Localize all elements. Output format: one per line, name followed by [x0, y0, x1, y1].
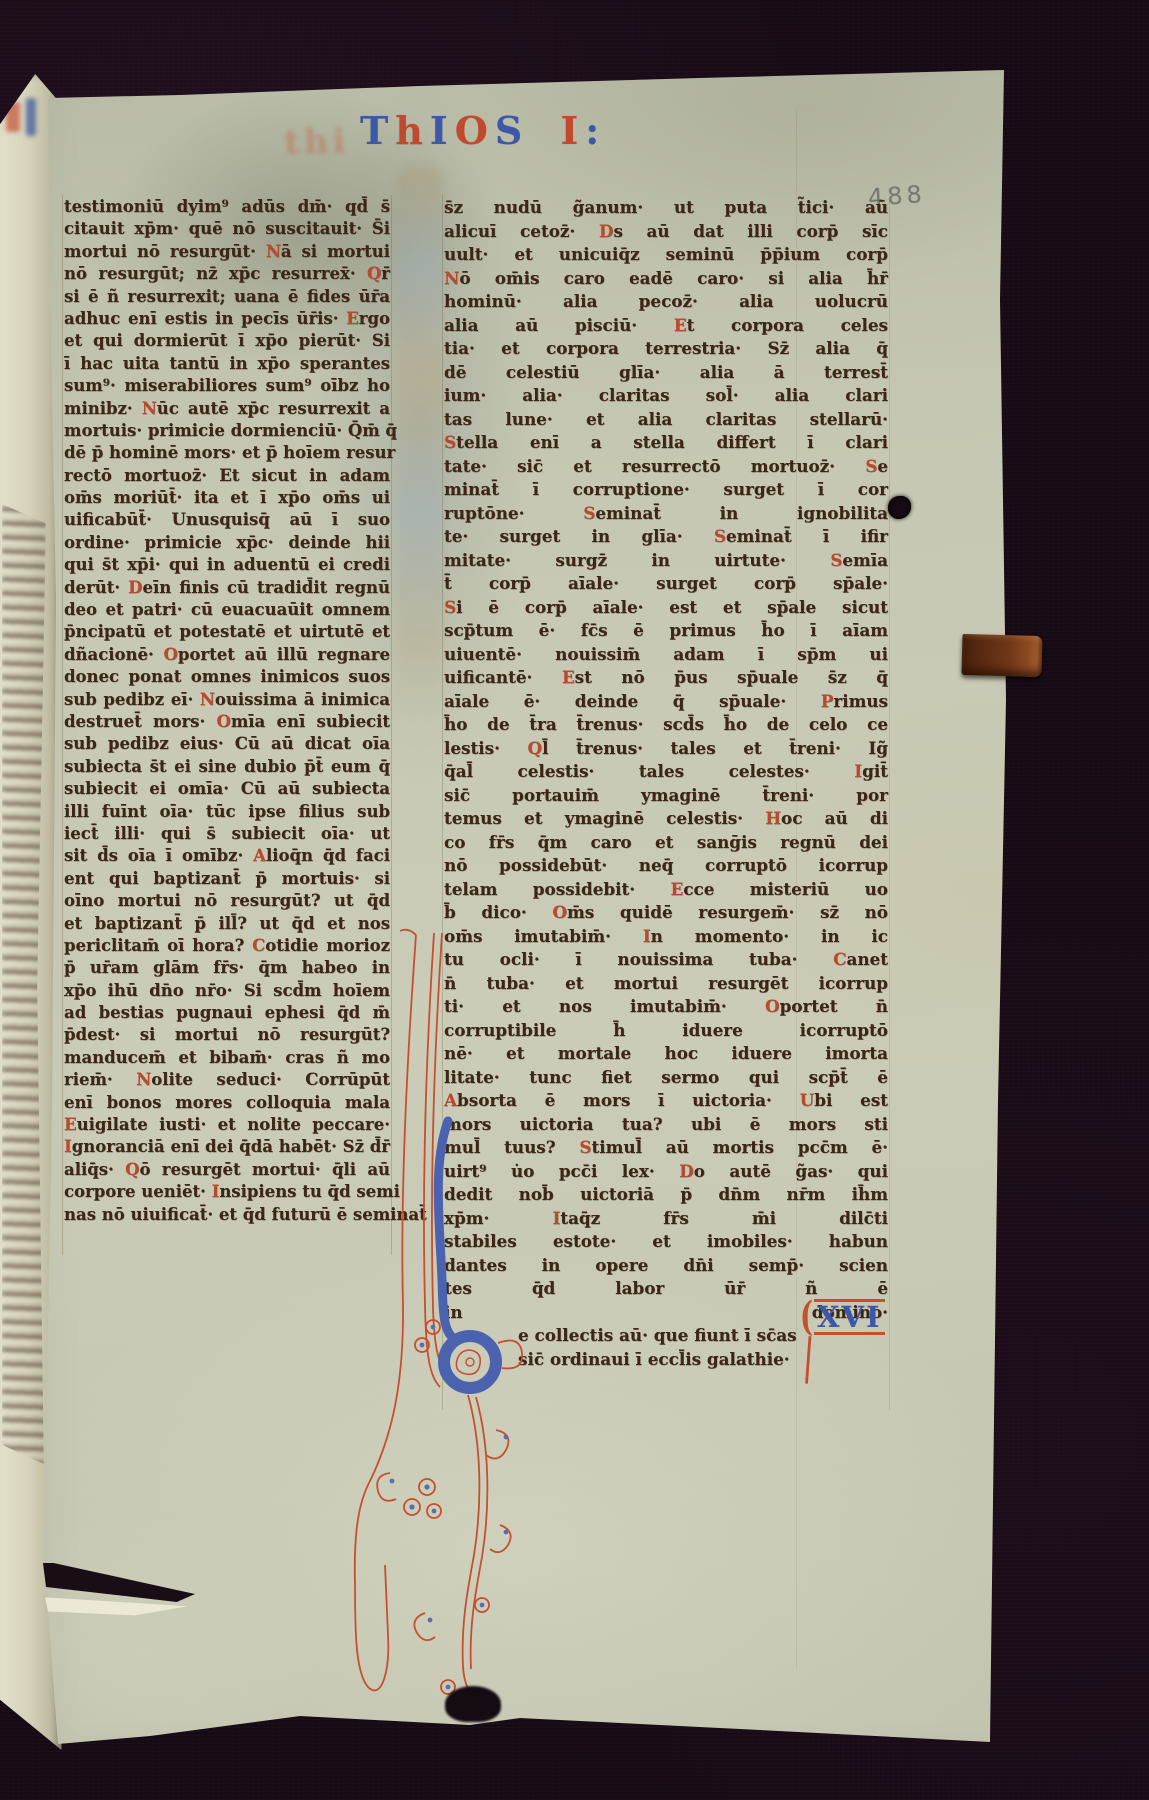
manuscript-line: deo et patri· cū euacuaūit omnem [64, 599, 390, 621]
manuscript-line: ent qui baptizant̄ p̄ mortuis· si [64, 868, 390, 890]
manuscript-line: sub pedibz eius· Cū aū dicat oīa [64, 733, 390, 755]
manuscript-line: s̄z nudū g̃anum· ut puta t̃ici· aū [444, 196, 888, 220]
running-title-letter: T [360, 108, 395, 153]
manuscript-line: alicuī cetoz̄· Ds aū dat illi corp̄ sīc [444, 220, 888, 244]
manuscript-photo: thi ThIOS I: 488 testimoniū dyim⁹ adūs d… [0, 0, 1149, 1800]
manuscript-line: ruptōne· Seminat̄ in ignobilita [444, 502, 888, 526]
running-title-offset-ghost: thi [284, 121, 350, 162]
manuscript-line: t̄ corp̄ aīale· surget corp̄ sp̄ale· [444, 572, 888, 596]
running-title: ThIOS I: [360, 108, 606, 153]
manuscript-line: destruet̄ mors· Omīa enī subiecit [64, 711, 390, 733]
manuscript-line: te· surget in glīa· Seminat̄ ī ifir [444, 525, 888, 549]
manuscript-line: aīale ē· deinde q̄ sp̄uale· Primus [444, 690, 888, 714]
manuscript-line: sic̄ ordinaui ī eccl̄is galathie· [518, 1348, 888, 1372]
manuscript-line: donec ponat omnes inimicos suos [64, 666, 390, 688]
chapter-number: XVI [814, 1299, 885, 1335]
manuscript-line: uiuentē· nouissim̄ adam ī sp̄m ui [444, 643, 888, 667]
manuscript-line: Si ē corp̄ aīale· est et sp̄ale sicut [444, 596, 888, 620]
manuscript-line: qui s̄t xp̄i· qui in aduentū ei credi [64, 554, 390, 576]
manuscript-line: scp̄tum ē· fc̄s ē primus h̄o ī aīam [444, 619, 888, 643]
manuscript-line: b̄ dico· Om̄s quidē resurgem̄· sz̄ nō [444, 901, 888, 925]
manuscript-line: nō resurgūt; nz̄ xp̄c resurrex̄· Qr̄ [64, 263, 390, 285]
manuscript-line: alia aū pisciū· Et corpora celes [444, 314, 888, 338]
manuscript-line: derūt· Deīn finis cū tradid̄it regnū [64, 577, 390, 599]
initial-d [438, 1121, 496, 1388]
ruling-line [889, 195, 890, 1410]
manuscript-line: lestis· Ql̄ t̄renus· tales et t̄reni· Ig… [444, 737, 888, 761]
manuscript-line: dñacionē· Oportet aū illū regnare [64, 644, 390, 666]
paraph-mark: ( [800, 1302, 813, 1332]
manuscript-line: tate· sic̄ et resurrectō mortuoz̄· Se [444, 455, 888, 479]
manuscript-line: h̄o de t̄ra t̄renus· scd̄s h̄o de celo c… [444, 713, 888, 737]
manuscript-line: subiecit ei omīa· Cū aū subiecta [64, 778, 390, 800]
manuscript-line: illi fuīnt oīa· tūc ipse filius sub [64, 801, 390, 823]
red-letter-fragment [6, 102, 20, 132]
running-title-letter: I [430, 108, 455, 153]
penwork-flourish [330, 925, 540, 1725]
manuscript-line: p̄ncipatū et potestatē et uirtutē et [64, 621, 390, 643]
facing-title-fragment [4, 94, 44, 146]
manuscript-line: temus et ymaginē celestis· Hoc aū di [444, 807, 888, 831]
leather-bookmark-tab [961, 634, 1042, 677]
manuscript-line: mortui nō resurgūt· Nā si mortui [64, 241, 390, 263]
chapter-marker: ( XVI [797, 1299, 885, 1335]
blue-letter-fragment [26, 98, 36, 136]
manuscript-line: subiecta s̄t ei sine dubio p̄t̄ eum q̄ [64, 756, 390, 778]
manuscript-line: si ē ñ resurrexit; uana ē fides ūr̄a [64, 286, 390, 308]
manuscript-line: Stella enī a stella differt ī clari [444, 431, 888, 455]
running-title-letter [529, 108, 560, 153]
manuscript-line: sit d̄s oīa ī omībz· Alioq̄n q̄d faci [64, 845, 390, 867]
ruling-line [62, 195, 63, 1255]
running-title-letter: h [395, 108, 430, 153]
facing-page-text-blur [2, 504, 46, 1464]
manuscript-line: minat̄ ī corruptione· surget ī cor [444, 478, 888, 502]
manuscript-line: sum⁹· miserabiliores sum⁹ oībz ho [64, 375, 390, 397]
bottom-edge-notch [445, 1686, 501, 1722]
manuscript-line: oīno mortui nō resurgūt? ut q̄d [64, 890, 390, 912]
manuscript-line: rectō mortuoz̄· Et sicut in adam [64, 465, 390, 487]
manuscript-line: uificabūt̄· Unusquisq̄ aū ī suo [64, 509, 390, 531]
manuscript-line: uificantē· Est nō p̄us sp̄uale s̄z q̄ [444, 666, 888, 690]
manuscript-line: dē p̄ hominē mors· et p̄ hoīem resur [64, 442, 390, 464]
manuscript-line: uult· et unicuiq̄z seminū p̄p̄ium corp̄ [444, 243, 888, 267]
manuscript-line: sub pedibz eī· Nouissima ā inimica [64, 689, 390, 711]
manuscript-line: mitate· surgz̄ in uirtute· Semīa [444, 549, 888, 573]
manuscript-line: et qui dormierūt ī xp̄o pierūt· Si [64, 330, 390, 352]
manuscript-line: iect̄ illi· qui s̄ subiecit oīa· ut [64, 823, 390, 845]
manuscript-line: tia· et corpora terrestria· Sz̄ alia q̄ [444, 337, 888, 361]
manuscript-line: hominū· alia pecoz̄· alia uolucrū [444, 290, 888, 314]
running-title-letter: O [455, 108, 495, 153]
manuscript-line: Nō om̄is caro eadē caro· si alia h̄r̄ [444, 267, 888, 291]
manuscript-line: sic̄ portauim̄ ymaginē t̄reni· por [444, 784, 888, 808]
manuscript-line: testimoniū dyim⁹ adūs dm̄· qd̄ s̄ [64, 196, 390, 218]
manuscript-line: adhuc enī estis in pecīs ūr̄is· Ergo [64, 308, 390, 330]
manuscript-line: dē celestiū glīa· alia ā terrest̄ [444, 361, 888, 385]
manuscript-line: ium· alia· claritas sol̄· alia clari [444, 384, 888, 408]
manuscript-line: om̄s moriūt̄· ita et ī xp̄o om̄s ui [64, 487, 390, 509]
manuscript-line: citauit xp̄m· quē nō suscitauit· S̄i [64, 218, 390, 240]
manuscript-line: nō possidebūt· neq̄ corruptō icorrup [444, 854, 888, 878]
offset-initial-ghost [396, 165, 444, 725]
manuscript-line: co fr̄s q̄m caro et sanḡis regnū dei [444, 831, 888, 855]
manuscript-line: tas lune· et alia claritas stellarū· [444, 408, 888, 432]
manuscript-line: mortuis· primicie dormienciū· Q̄m̄ q̄ [64, 420, 390, 442]
manuscript-line: telam possidebit· Ecce misteriū uo [444, 878, 888, 902]
manuscript-line: q̄al̄ celestis· tales celestes· Igit̄ [444, 760, 888, 784]
manuscript-line: minibz· Nūc autē xp̄c resurrexit a [64, 398, 390, 420]
running-title-letter: : [585, 108, 606, 153]
manuscript-line: ordine· primicie xp̄c· deinde hii [64, 532, 390, 554]
running-title-letter: S [495, 108, 529, 153]
manuscript-line: ī hac uita tantū in xp̄o sperantes [64, 353, 390, 375]
running-title-letter: I [561, 108, 586, 153]
